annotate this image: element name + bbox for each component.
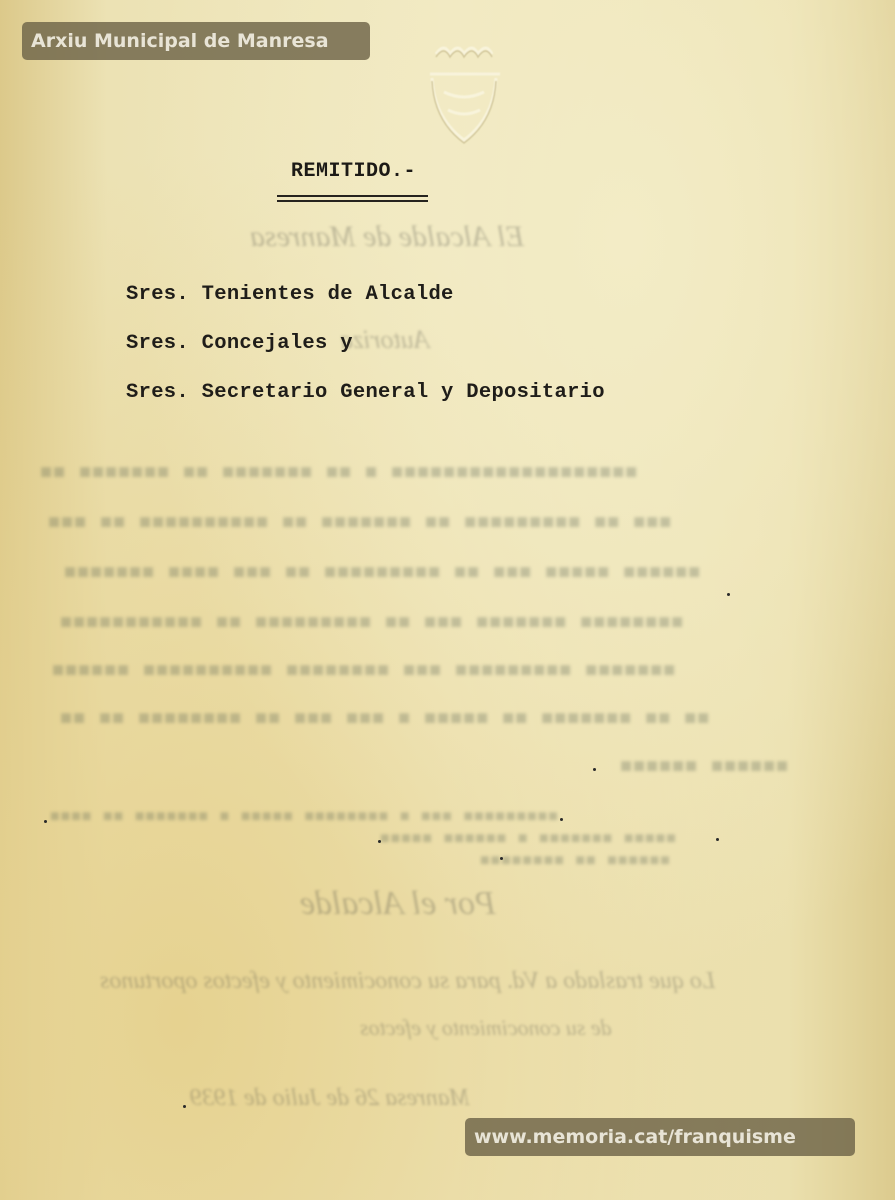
bleed-through-handwriting: El Alcalde de Manresa — [250, 220, 524, 254]
recipient-line: Sres. Tenientes de Alcalde — [126, 280, 605, 329]
recipient-line: Sres. Secretario General y Depositario — [126, 378, 605, 427]
document-title: REMITIDO.- — [291, 160, 416, 183]
bleed-through-handwriting: Manresa 26 de Julio de 1939 — [190, 1085, 470, 1112]
bleed-through-handwriting: Por el Alcalde — [300, 885, 496, 923]
recipient-line: Sres. Concejales y — [126, 329, 605, 378]
bleed-through-handwriting: de su conocimiento y efectos — [360, 1015, 612, 1041]
title-double-underline — [277, 195, 428, 197]
bleed-through-handwriting: Lo que traslado a Vd. para su conocimien… — [100, 968, 715, 995]
archive-watermark: Arxiu Municipal de Manresa — [22, 22, 370, 60]
recipient-list: Sres. Tenientes de Alcalde Sres. Conceja… — [126, 280, 605, 427]
embossed-coat-of-arms-icon — [414, 34, 514, 154]
source-url-watermark: www.memoria.cat/franquisme — [465, 1118, 855, 1156]
